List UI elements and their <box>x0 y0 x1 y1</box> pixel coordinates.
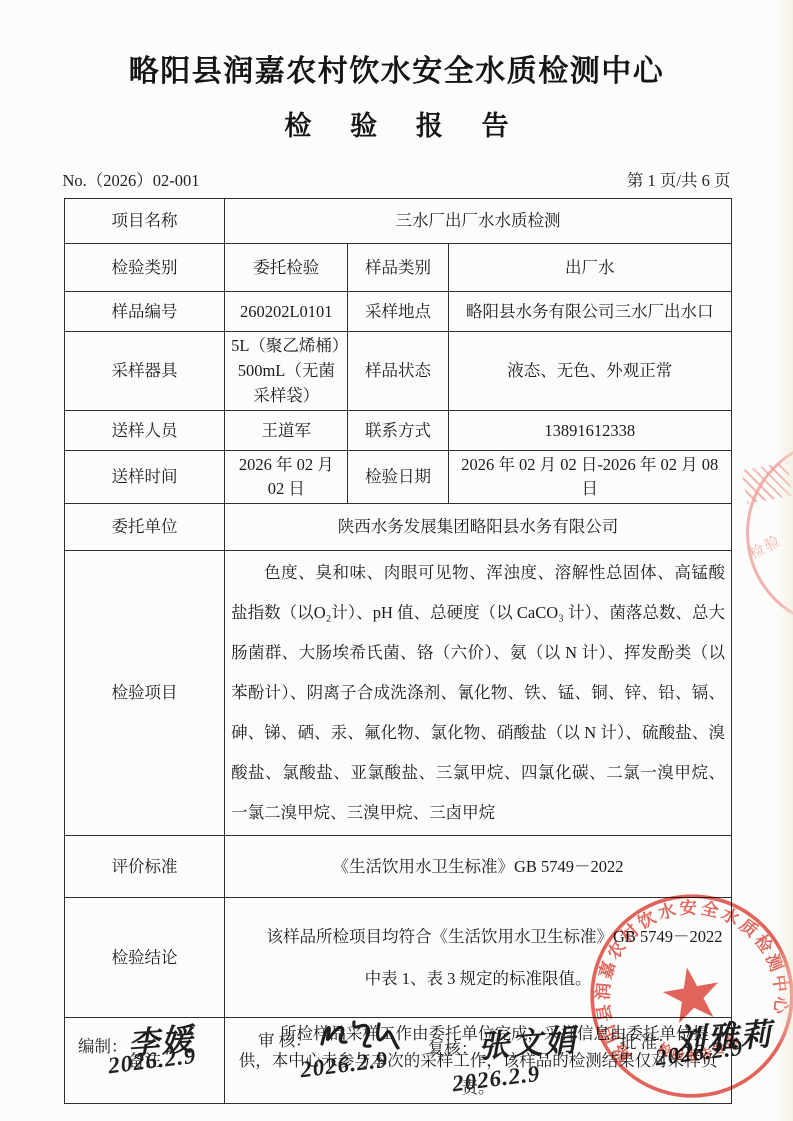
evaluation-standard-value: 《生活饮用水卫生标准》GB 5749－2022 <box>225 836 732 898</box>
contact-label: 联系方式 <box>348 411 448 451</box>
sampling-location-value: 略阳县水务有限公司三水厂出水口 <box>448 292 731 332</box>
report-page: 略阳县润嘉农村饮水安全水质检测中心 检 验 报 告 No.（2026）02-00… <box>0 0 793 1121</box>
sampling-location-label: 采样地点 <box>348 292 448 332</box>
row-evaluation-standard: 评价标准 《生活饮用水卫生标准》GB 5749－2022 <box>65 836 732 898</box>
conclusion-text: 该样品所检项目均符合《生活饮用水卫生标准》GB 5749－2022 中表 1、表… <box>231 916 725 1000</box>
inspection-type-value: 委托检验 <box>225 244 348 292</box>
inspection-date-label: 检验日期 <box>348 451 448 504</box>
sample-sender-value: 王道军 <box>225 411 348 451</box>
sample-type-label: 样品类别 <box>348 244 448 292</box>
page-info: 第 1 页/共 6 页 <box>627 167 731 191</box>
contact-value: 13891612338 <box>448 411 731 451</box>
edge-stamp-ring <box>738 438 793 648</box>
inspection-items-label: 检验项目 <box>65 551 225 836</box>
conclusion-label: 检验结论 <box>65 898 225 1018</box>
edge-stamp-fragment: 检验 <box>738 438 793 648</box>
center-name-title: 略阳县润嘉农村饮水安全水质检测中心 <box>0 46 793 90</box>
row-sample-no: 样品编号 260202L0101 采样地点 略阳县水务有限公司三水厂出水口 <box>65 292 732 332</box>
inspection-items-value: 色度、臭和味、肉眼可见物、浑浊度、溶解性总固体、高锰酸盐指数（以O₂计）、pH … <box>225 551 732 836</box>
meta-row: No.（2026）02-001 第 1 页/共 6 页 <box>63 167 731 191</box>
row-project-name: 项目名称 三水厂出厂水水质检测 <box>65 199 732 244</box>
row-send-date: 送样时间 2026 年 02 月 02 日 检验日期 2026 年 02 月 0… <box>65 451 732 504</box>
row-sample-sender: 送样人员 王道军 联系方式 13891612338 <box>65 411 732 451</box>
sampling-equipment-line1: 5L（聚乙烯桶） <box>231 334 341 359</box>
checked-by-block: 复核：张文娟 <box>428 1018 577 1063</box>
report-number: No.（2026）02-001 <box>63 167 200 191</box>
reviewed-by-label: 审 核： <box>258 1031 312 1050</box>
sample-no-label: 样品编号 <box>65 292 225 332</box>
sample-type-value: 出厂水 <box>448 244 731 292</box>
sampling-equipment-value: 5L（聚乙烯桶） 500mL（无菌采样袋） <box>225 332 348 411</box>
row-client: 委托单位 陕西水务发展集团略阳县水务有限公司 <box>65 504 732 551</box>
edge-stamp-strokes <box>741 462 792 503</box>
send-date-label: 送样时间 <box>65 451 225 504</box>
report-table: 项目名称 三水厂出厂水水质检测 检验类别 委托检验 样品类别 出厂水 样品编号 … <box>64 198 732 1104</box>
client-value: 陕西水务发展集团略阳县水务有限公司 <box>225 504 732 551</box>
checked-by-label: 复核： <box>428 1039 478 1058</box>
edge-stamp-text: 检验 <box>745 529 785 564</box>
row-inspection-type: 检验类别 委托检验 样品类别 出厂水 <box>65 244 732 292</box>
send-date-value: 2026 年 02 月 02 日 <box>225 451 348 504</box>
sample-no-value: 260202L0101 <box>225 292 348 332</box>
row-conclusion: 检验结论 该样品所检项目均符合《生活饮用水卫生标准》GB 5749－2022 中… <box>65 898 732 1018</box>
row-inspection-items: 检验项目 色度、臭和味、肉眼可见物、浑浊度、溶解性总固体、高锰酸盐指数（以O₂计… <box>65 551 732 836</box>
sampling-equipment-label: 采样器具 <box>65 332 225 411</box>
checked-by-signature: 张文娟 <box>476 1015 578 1067</box>
project-name-label: 项目名称 <box>65 199 225 244</box>
client-label: 委托单位 <box>65 504 225 551</box>
conclusion-value: 该样品所检项目均符合《生活饮用水卫生标准》GB 5749－2022 中表 1、表… <box>225 898 732 1018</box>
inspection-items-text: 色度、臭和味、肉眼可见物、浑浊度、溶解性总固体、高锰酸盐指数（以O₂计）、pH … <box>231 553 725 833</box>
evaluation-standard-label: 评价标准 <box>65 836 225 898</box>
sample-status-value: 液态、无色、外观正常 <box>448 332 731 411</box>
row-sampling-equipment: 采样器具 5L（聚乙烯桶） 500mL（无菌采样袋） 样品状态 液态、无色、外观… <box>65 332 732 411</box>
inspection-date-value: 2026 年 02 月 02 日-2026 年 02 月 08 日 <box>448 451 731 504</box>
project-name-value: 三水厂出厂水水质检测 <box>225 199 732 244</box>
sampling-equipment-line2: 500mL（无菌采样袋） <box>231 359 341 409</box>
sample-status-label: 样品状态 <box>348 332 448 411</box>
sample-sender-label: 送样人员 <box>65 411 225 451</box>
report-title: 检 验 报 告 <box>0 104 793 143</box>
inspection-type-label: 检验类别 <box>65 244 225 292</box>
